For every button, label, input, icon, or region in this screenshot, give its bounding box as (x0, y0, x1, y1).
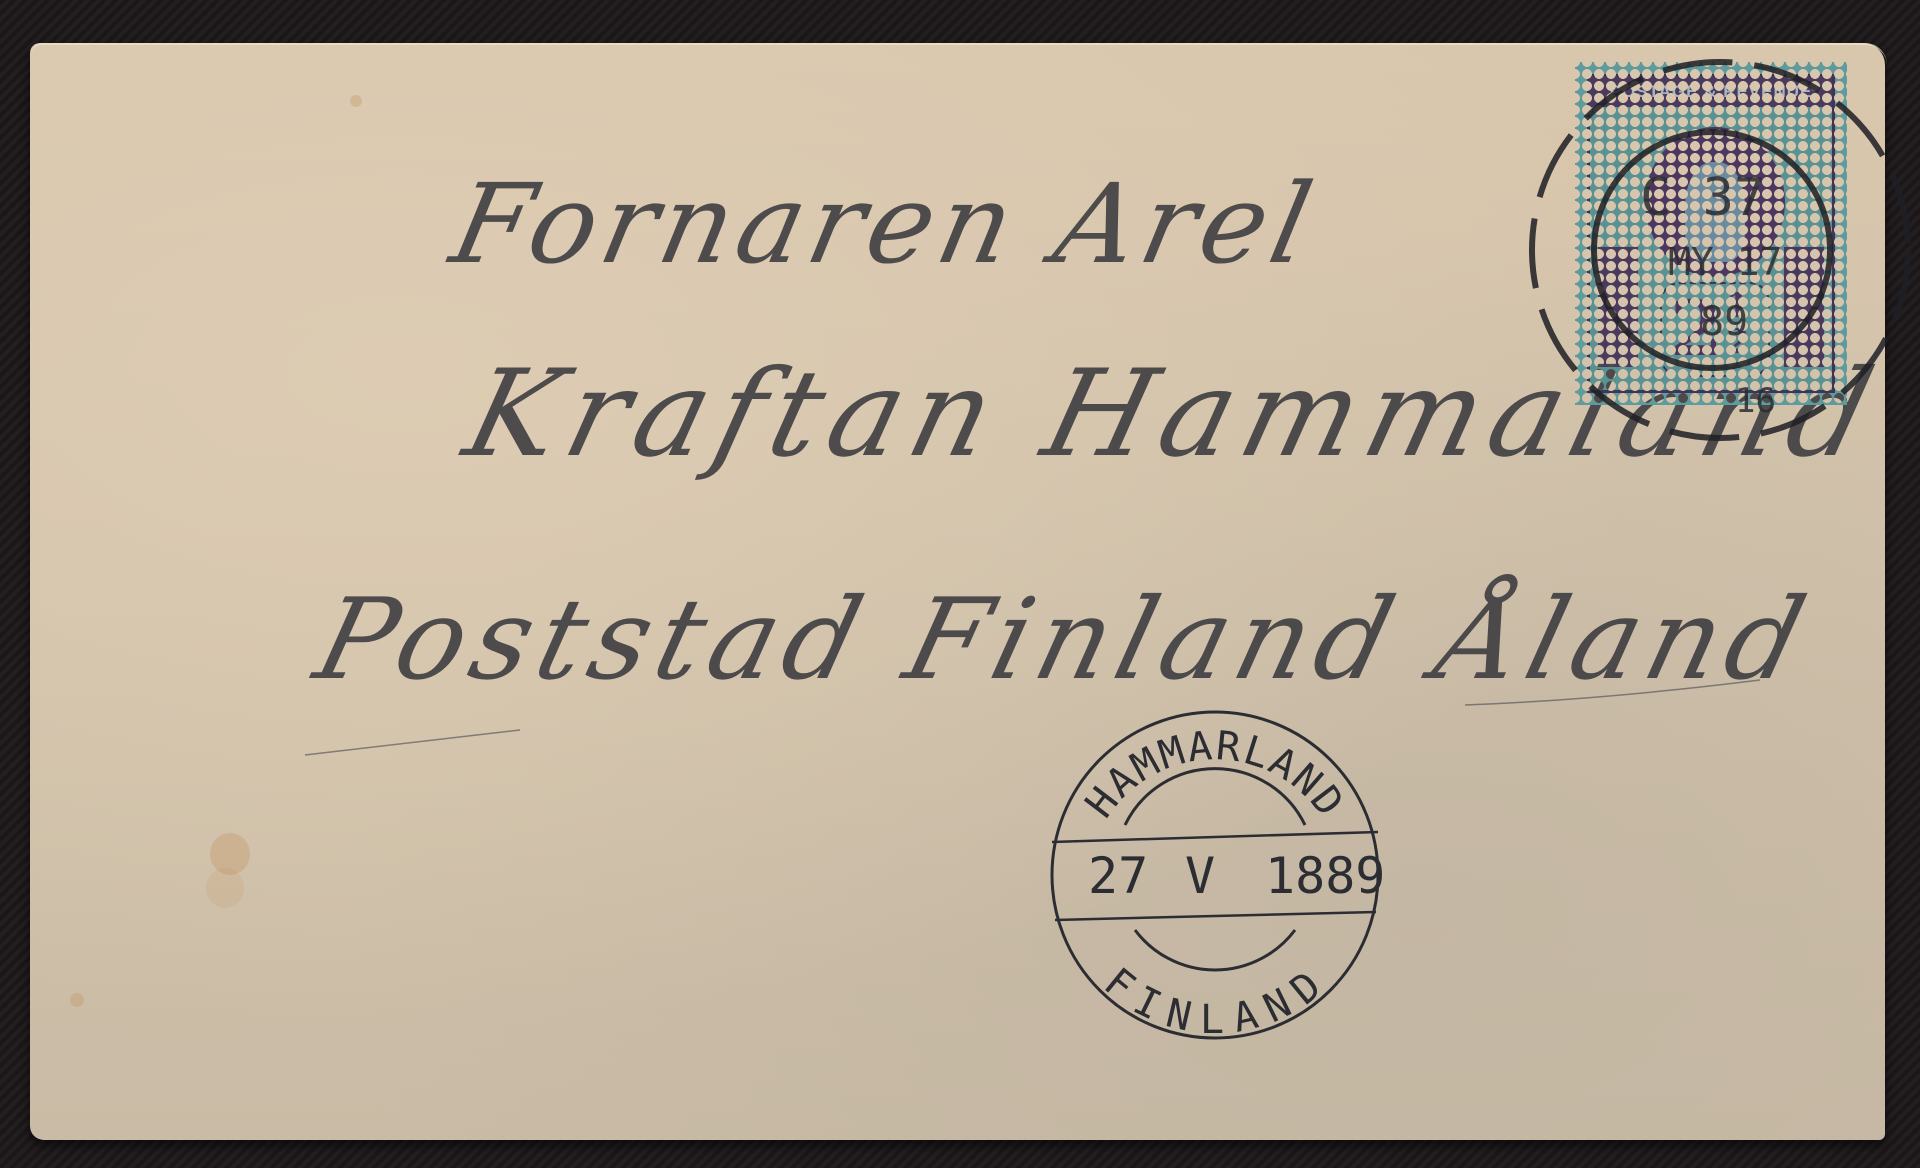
postmark-country: FINLAND (1095, 959, 1334, 1043)
postmark-month: V (1185, 847, 1215, 905)
postmark-year: 1889 (1265, 847, 1385, 905)
underline-stroke (1465, 680, 1760, 705)
postmark-day: 27 (1088, 847, 1148, 905)
origin-time-code: C 37 (1640, 168, 1765, 228)
postmark-layer: C 37 MY 17 89 16 HAMMARLAND FINLAND 27 V… (0, 0, 1920, 1168)
origin-date: MY 17 (1668, 240, 1782, 284)
arrival-postmark: HAMMARLAND FINLAND 27 V 1889 (1052, 712, 1385, 1043)
postmark-town: HAMMARLAND (1077, 723, 1354, 826)
underline-stroke (305, 730, 520, 755)
origin-number: 16 (1735, 381, 1776, 421)
origin-year: 89 (1700, 299, 1748, 345)
origin-postmark: C 37 MY 17 89 16 (1532, 62, 1908, 438)
